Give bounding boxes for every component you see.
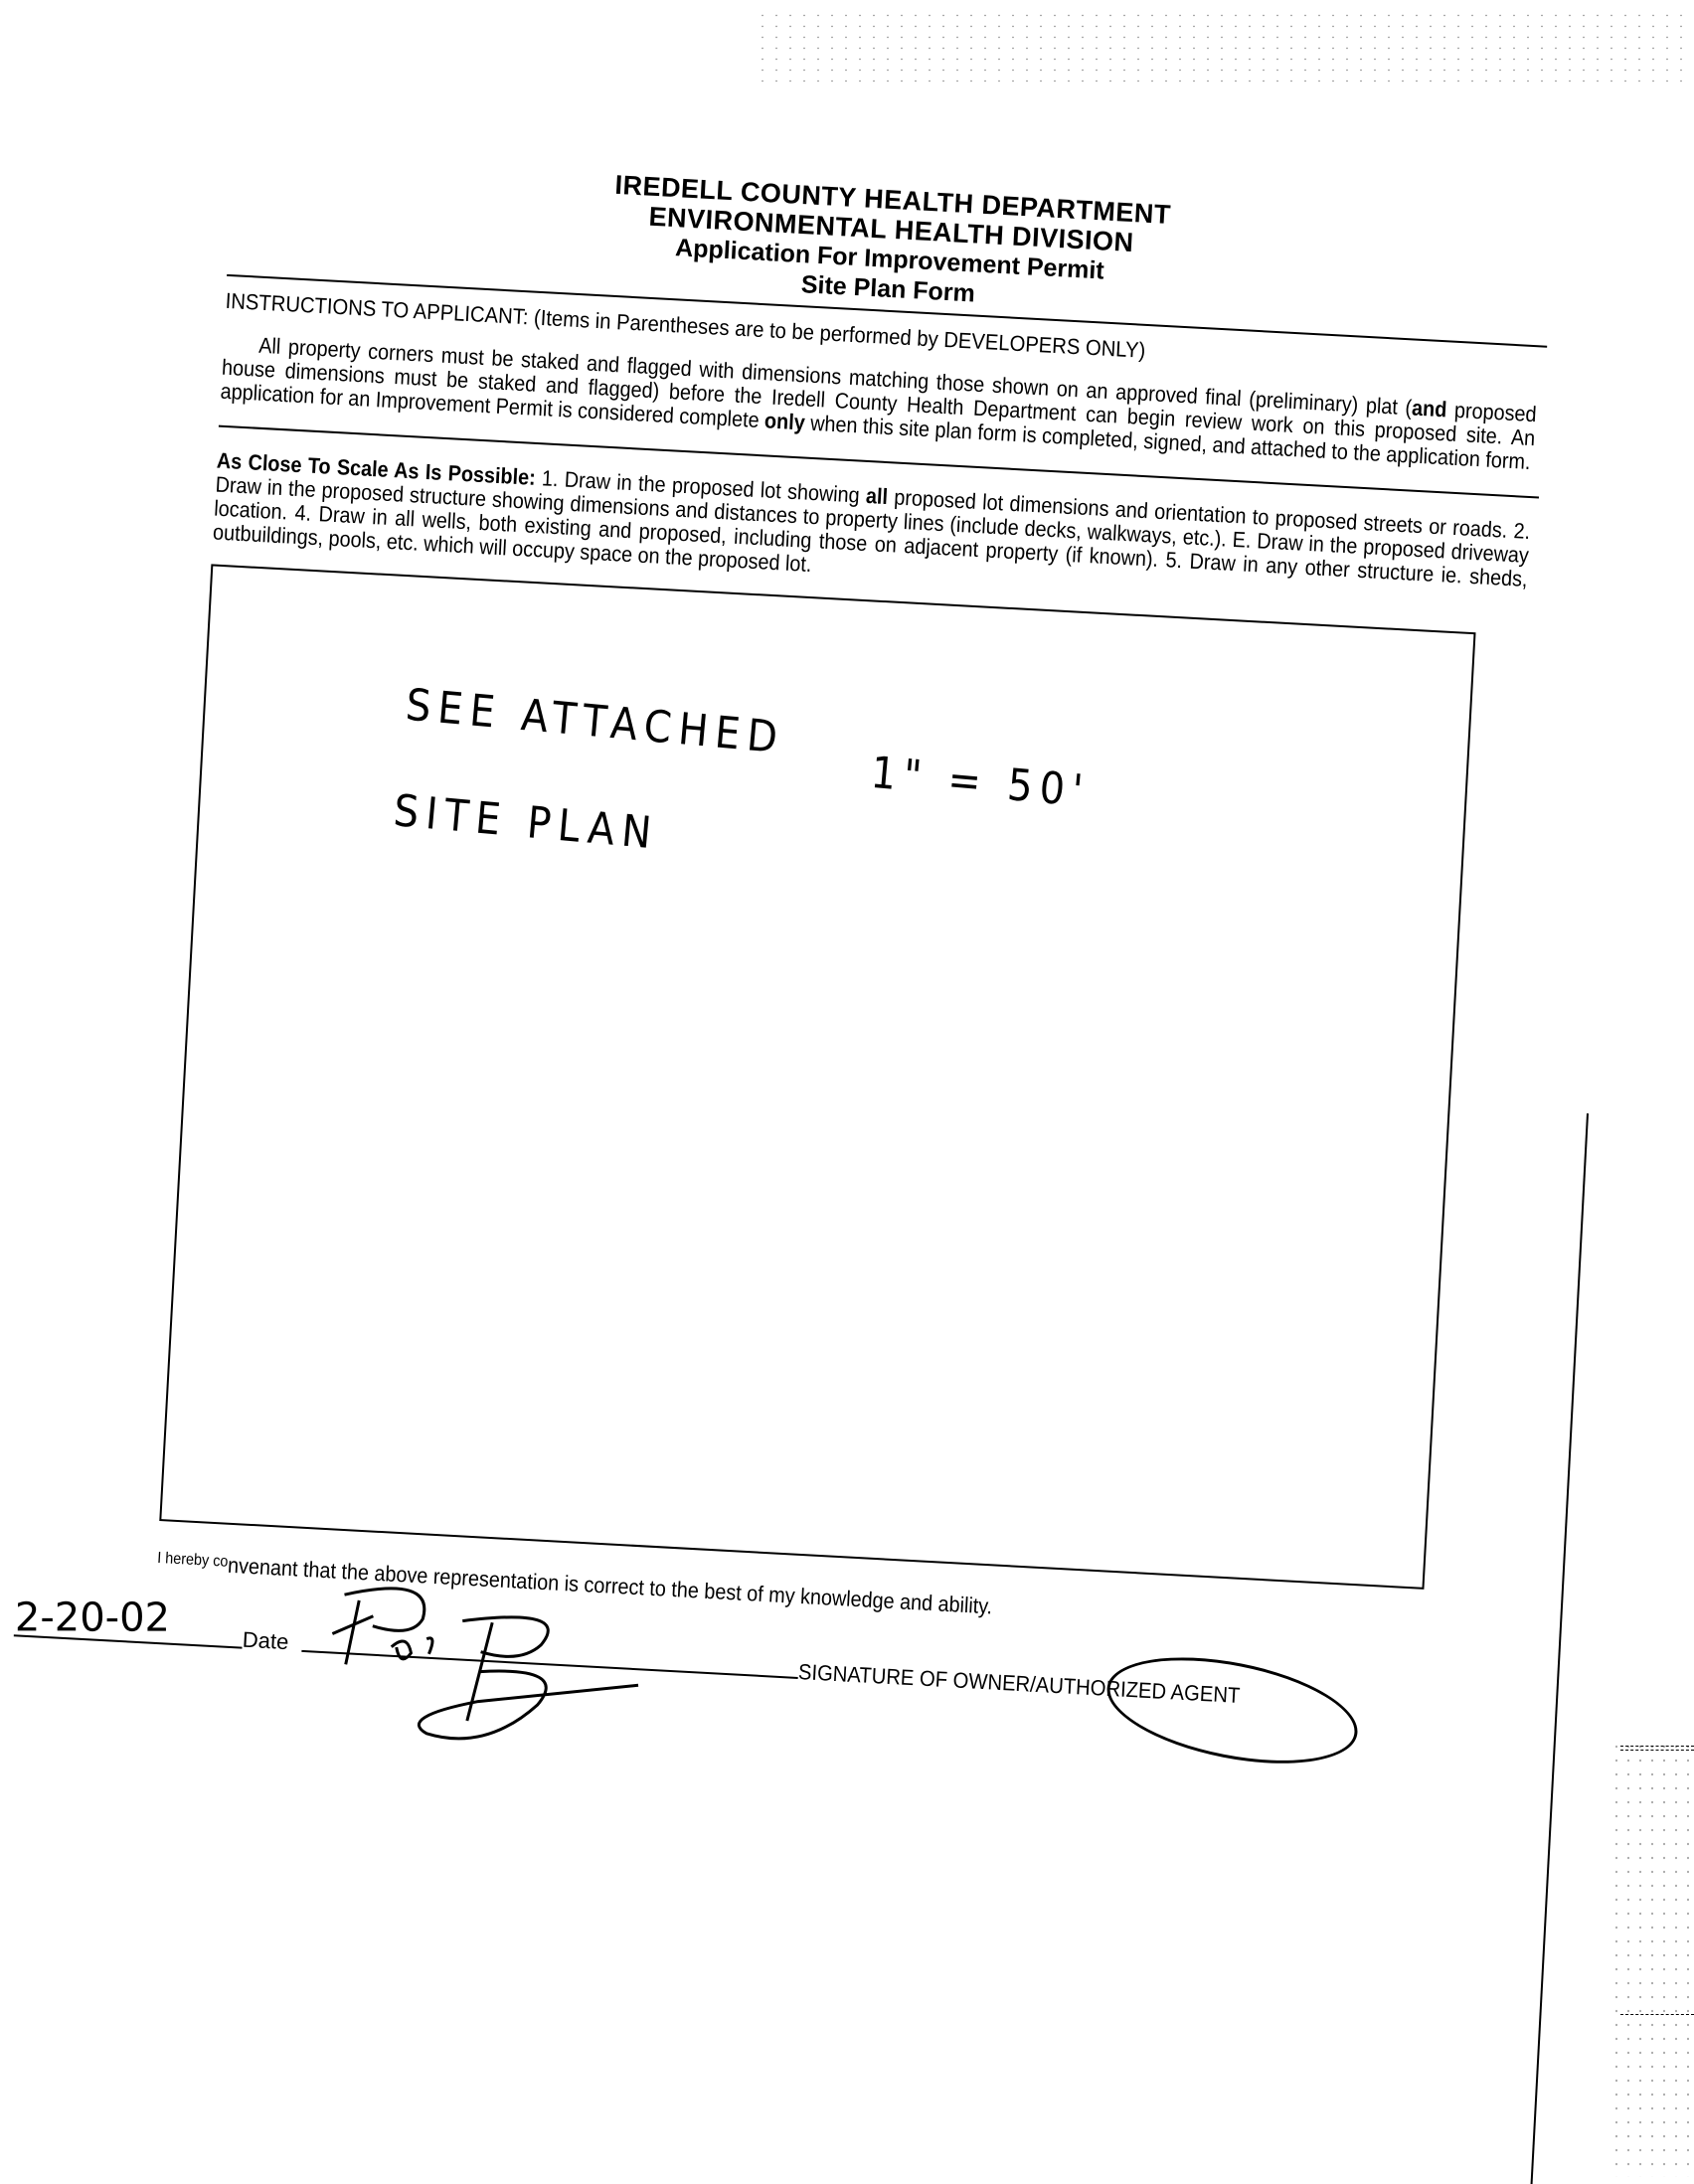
scan-dash — [1620, 1746, 1694, 1747]
site-plan-form-page: IREDELL COUNTY HEALTH DEPARTMENT ENVIRON… — [133, 149, 1554, 2067]
date-label: Date — [242, 1627, 289, 1655]
handwritten-signature-icon[interactable] — [306, 1574, 733, 1764]
handwritten-note-line2: SITE PLAN — [392, 785, 660, 860]
instructions-bold-and: and — [1411, 395, 1447, 421]
scan-dash — [1620, 1750, 1694, 1751]
scan-edge-line — [1530, 1113, 1589, 2184]
scale-bold-all: all — [865, 483, 888, 509]
circled-annotation — [1099, 1639, 1367, 1781]
date-field[interactable]: 2-20-02 — [15, 1595, 170, 1640]
scan-dash — [1620, 2014, 1694, 2015]
certification-prefix: I hereby co — [157, 1550, 229, 1571]
handwritten-note-line1: SEE ATTACHED — [404, 680, 786, 764]
site-plan-drawing-area[interactable]: SEE ATTACHED 1" = 50' SITE PLAN — [159, 564, 1475, 1589]
scan-speckle-top — [756, 10, 1694, 89]
scan-speckle-right — [1610, 1740, 1694, 2177]
instructions-bold-only: only — [763, 408, 805, 434]
handwritten-scale: 1" = 50' — [869, 748, 1092, 817]
